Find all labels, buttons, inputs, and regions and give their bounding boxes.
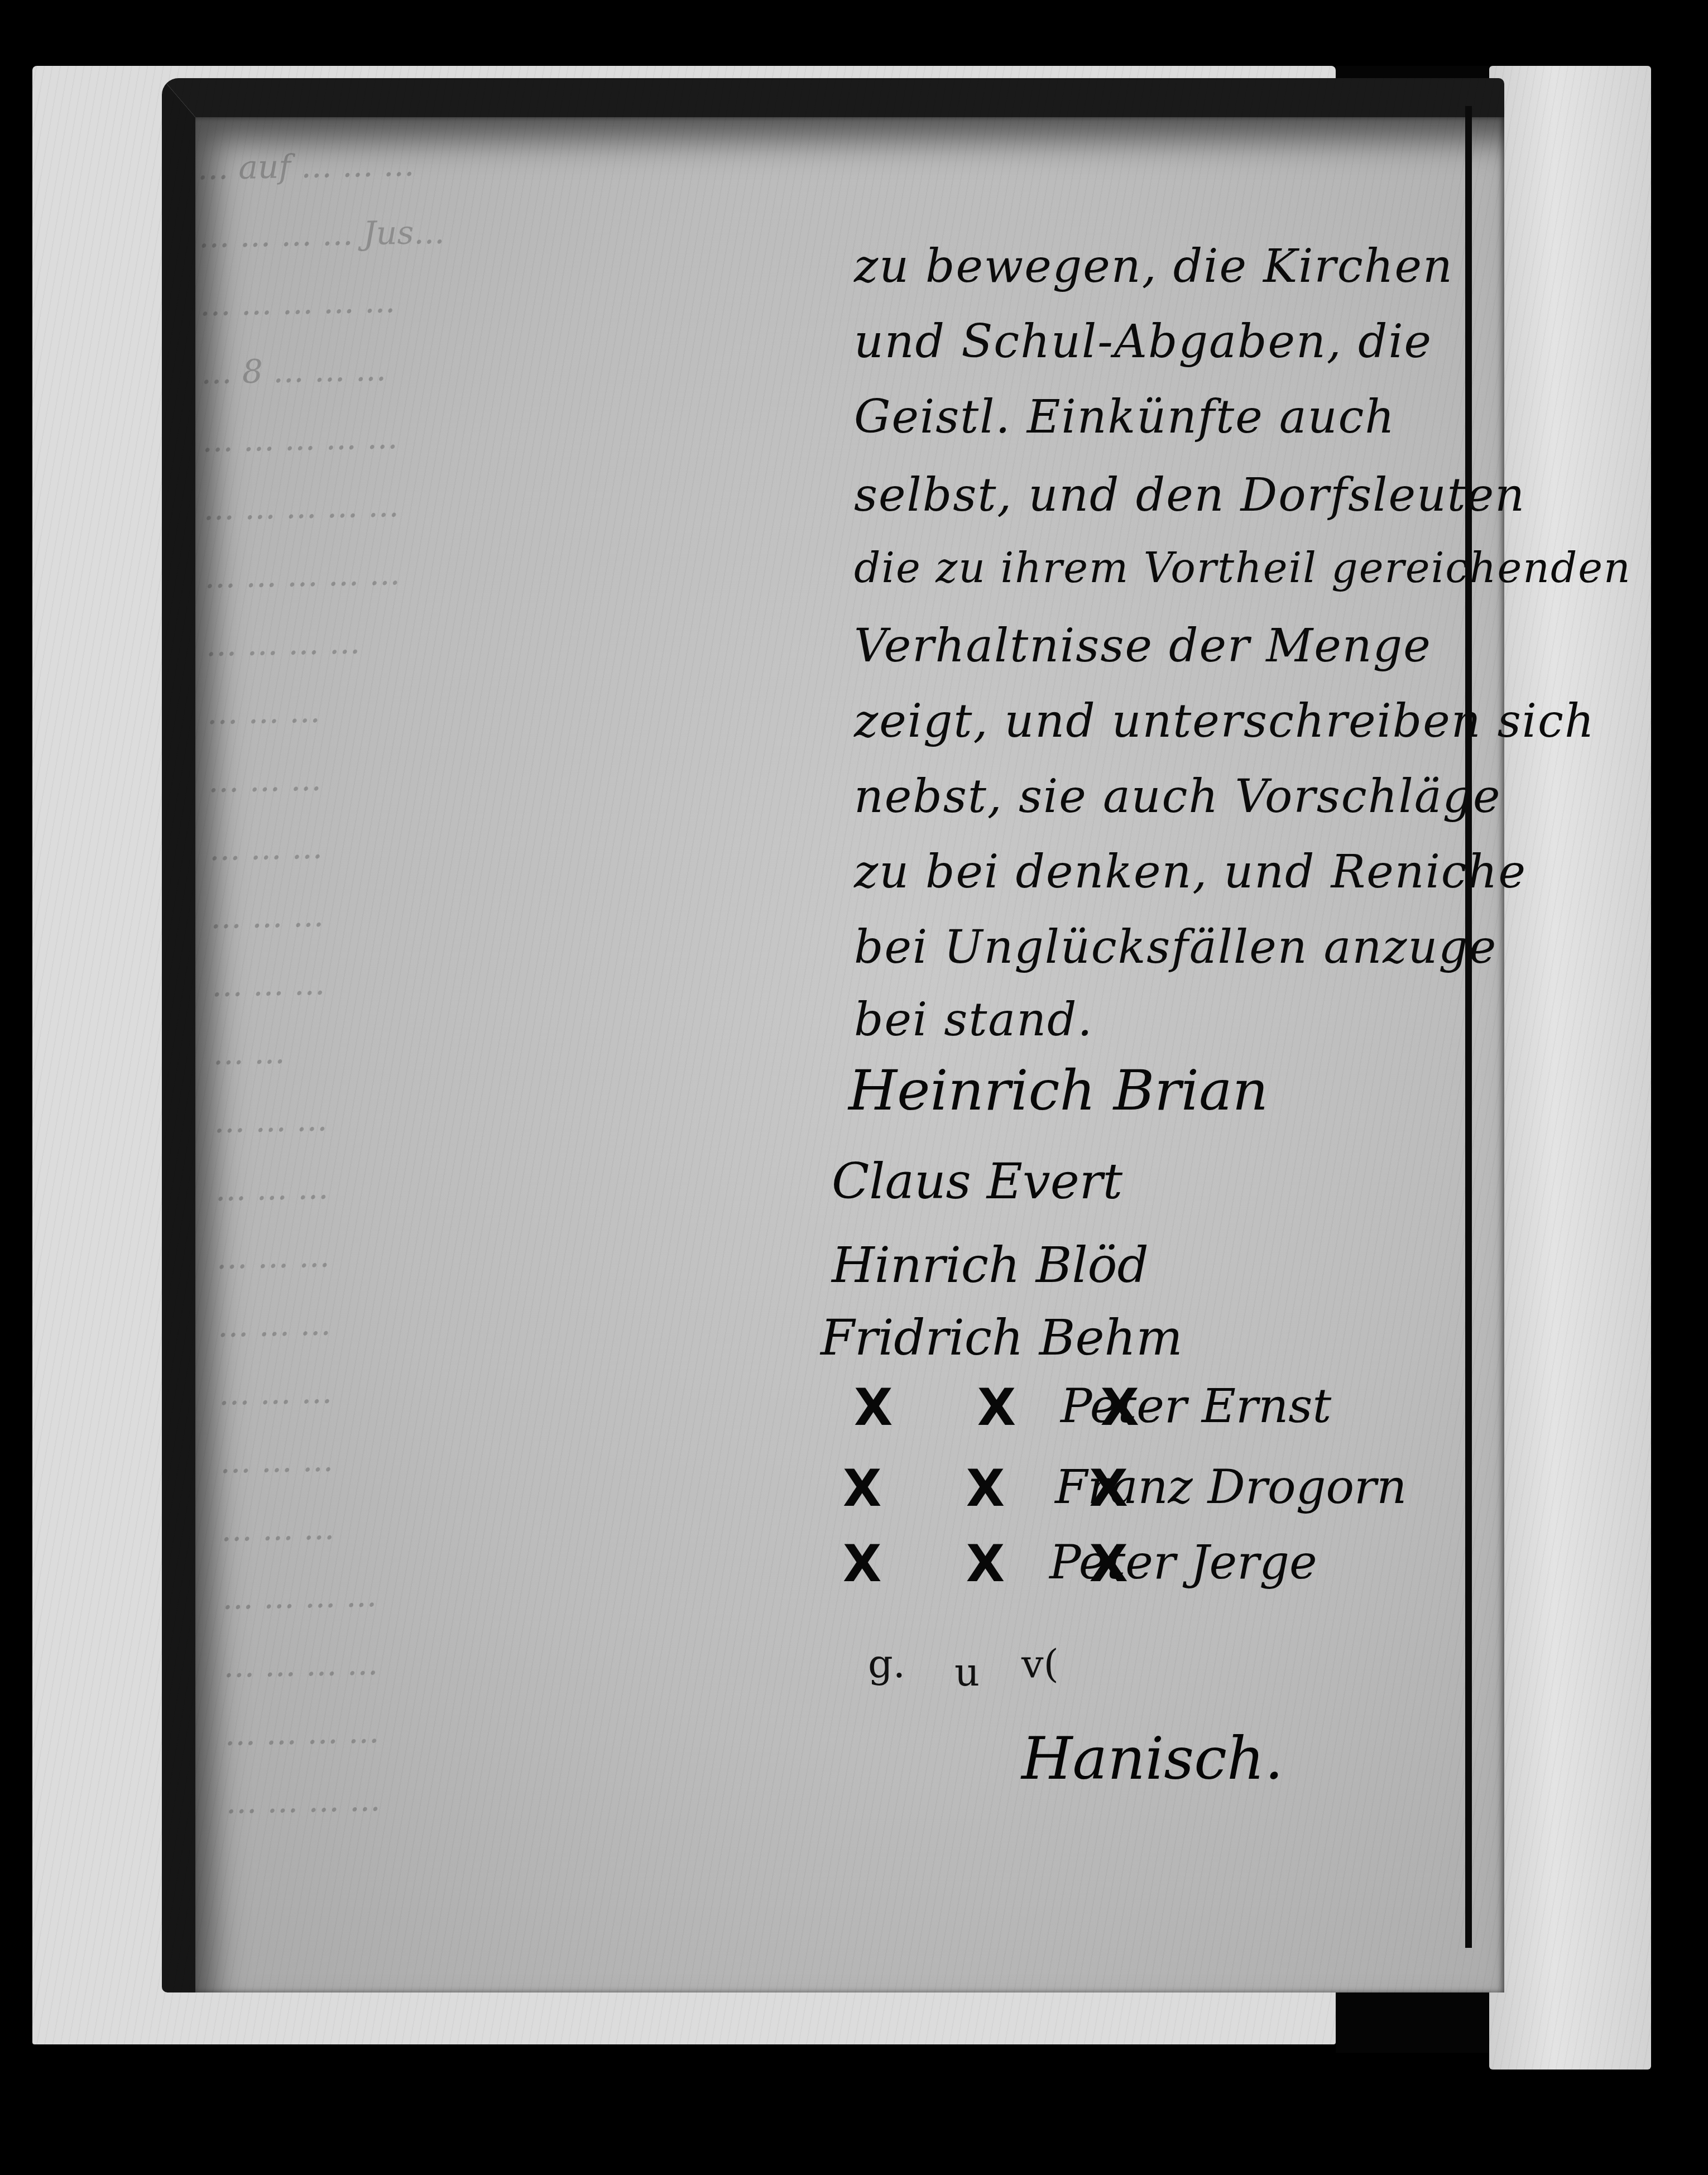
text-line: Verhaltnisse der Menge xyxy=(854,620,1432,673)
faded-line: ... auf ... ... ... xyxy=(197,123,840,202)
faded-line: ... ... ... xyxy=(219,1417,862,1496)
faded-line: ... ... ... xyxy=(217,1280,860,1360)
faded-bleedthrough-text: ... auf ... ... ... ... ... ... ... Jus.… xyxy=(197,123,870,1892)
faded-line: ... ... ... xyxy=(215,1144,858,1223)
closing-fragment: g. xyxy=(868,1641,905,1687)
signature-peter-ernst: Peter Ernst xyxy=(1061,1379,1331,1433)
faded-line: ... ... ... xyxy=(209,804,852,883)
text-line: bei stand. xyxy=(854,993,1093,1046)
faded-line: ... ... ... ... xyxy=(223,1621,866,1700)
closing-fragment: v( xyxy=(1021,1641,1059,1687)
faded-line: ... ... ... ... ... xyxy=(199,259,842,338)
faded-line: ... ... ... ... xyxy=(226,1757,869,1836)
signature-franz-drogorn: Franz Drogorn xyxy=(1055,1459,1407,1514)
signature-peter-jerge: Peter Jerge xyxy=(1049,1535,1317,1590)
faded-line: ... ... ... ... xyxy=(224,1689,867,1768)
text-line: nebst, sie auch Vorschläge xyxy=(854,770,1501,823)
faded-line: ... ... xyxy=(212,1008,855,1087)
faded-line: ... ... ... xyxy=(213,1076,856,1155)
closing-fragment: u xyxy=(954,1649,980,1695)
text-line: zu bei denken, und Reniche xyxy=(854,846,1527,899)
faded-line: ... ... ... ... ... xyxy=(203,463,846,542)
faded-line: ... ... ... ... xyxy=(205,599,848,679)
signature-fridrich-behm: Fridrich Behm xyxy=(821,1309,1183,1366)
text-line: selbst, und den Dorfsleuten xyxy=(854,469,1525,522)
faded-line: ... ... ... xyxy=(208,736,851,815)
faded-line: ... 8 ... ... ... xyxy=(200,327,843,406)
signature-claus-evert: Claus Evert xyxy=(832,1153,1122,1210)
adjacent-page-edge xyxy=(1489,66,1651,2070)
page-right-border xyxy=(1465,106,1472,1948)
text-line: Geistl. Einkünfte auch xyxy=(854,391,1395,444)
faded-line: ... ... ... xyxy=(220,1485,863,1564)
faded-line: ... ... ... ... ... xyxy=(201,395,845,474)
text-line: bei Unglücksfällen anzuge xyxy=(854,921,1497,974)
signature-heinrich-brian: Heinrich Brian xyxy=(848,1058,1268,1123)
text-line: und Schul-Abgaben, die xyxy=(854,315,1432,368)
faded-line: ... ... ... ... ... xyxy=(204,531,847,611)
faded-line: ... ... ... xyxy=(207,668,850,747)
text-line: zu bewegen, die Kirchen xyxy=(854,240,1453,293)
faded-line: ... ... ... xyxy=(210,872,853,951)
faded-line: ... ... ... xyxy=(211,940,854,1019)
signature-hinrich-blod: Hinrich Blöd xyxy=(832,1236,1149,1294)
faded-line: ... ... ... xyxy=(216,1212,859,1291)
faded-line: ... ... ... ... xyxy=(222,1553,865,1632)
final-signature: Hanisch. xyxy=(1021,1725,1283,1793)
text-line: zeigt, und unterschreiben sich xyxy=(854,695,1595,748)
faded-line: ... ... ... xyxy=(218,1348,861,1428)
faded-line: ... ... ... ... Jus... xyxy=(198,191,841,270)
text-line: die zu ihrem Vortheil gereichenden xyxy=(854,544,1632,592)
